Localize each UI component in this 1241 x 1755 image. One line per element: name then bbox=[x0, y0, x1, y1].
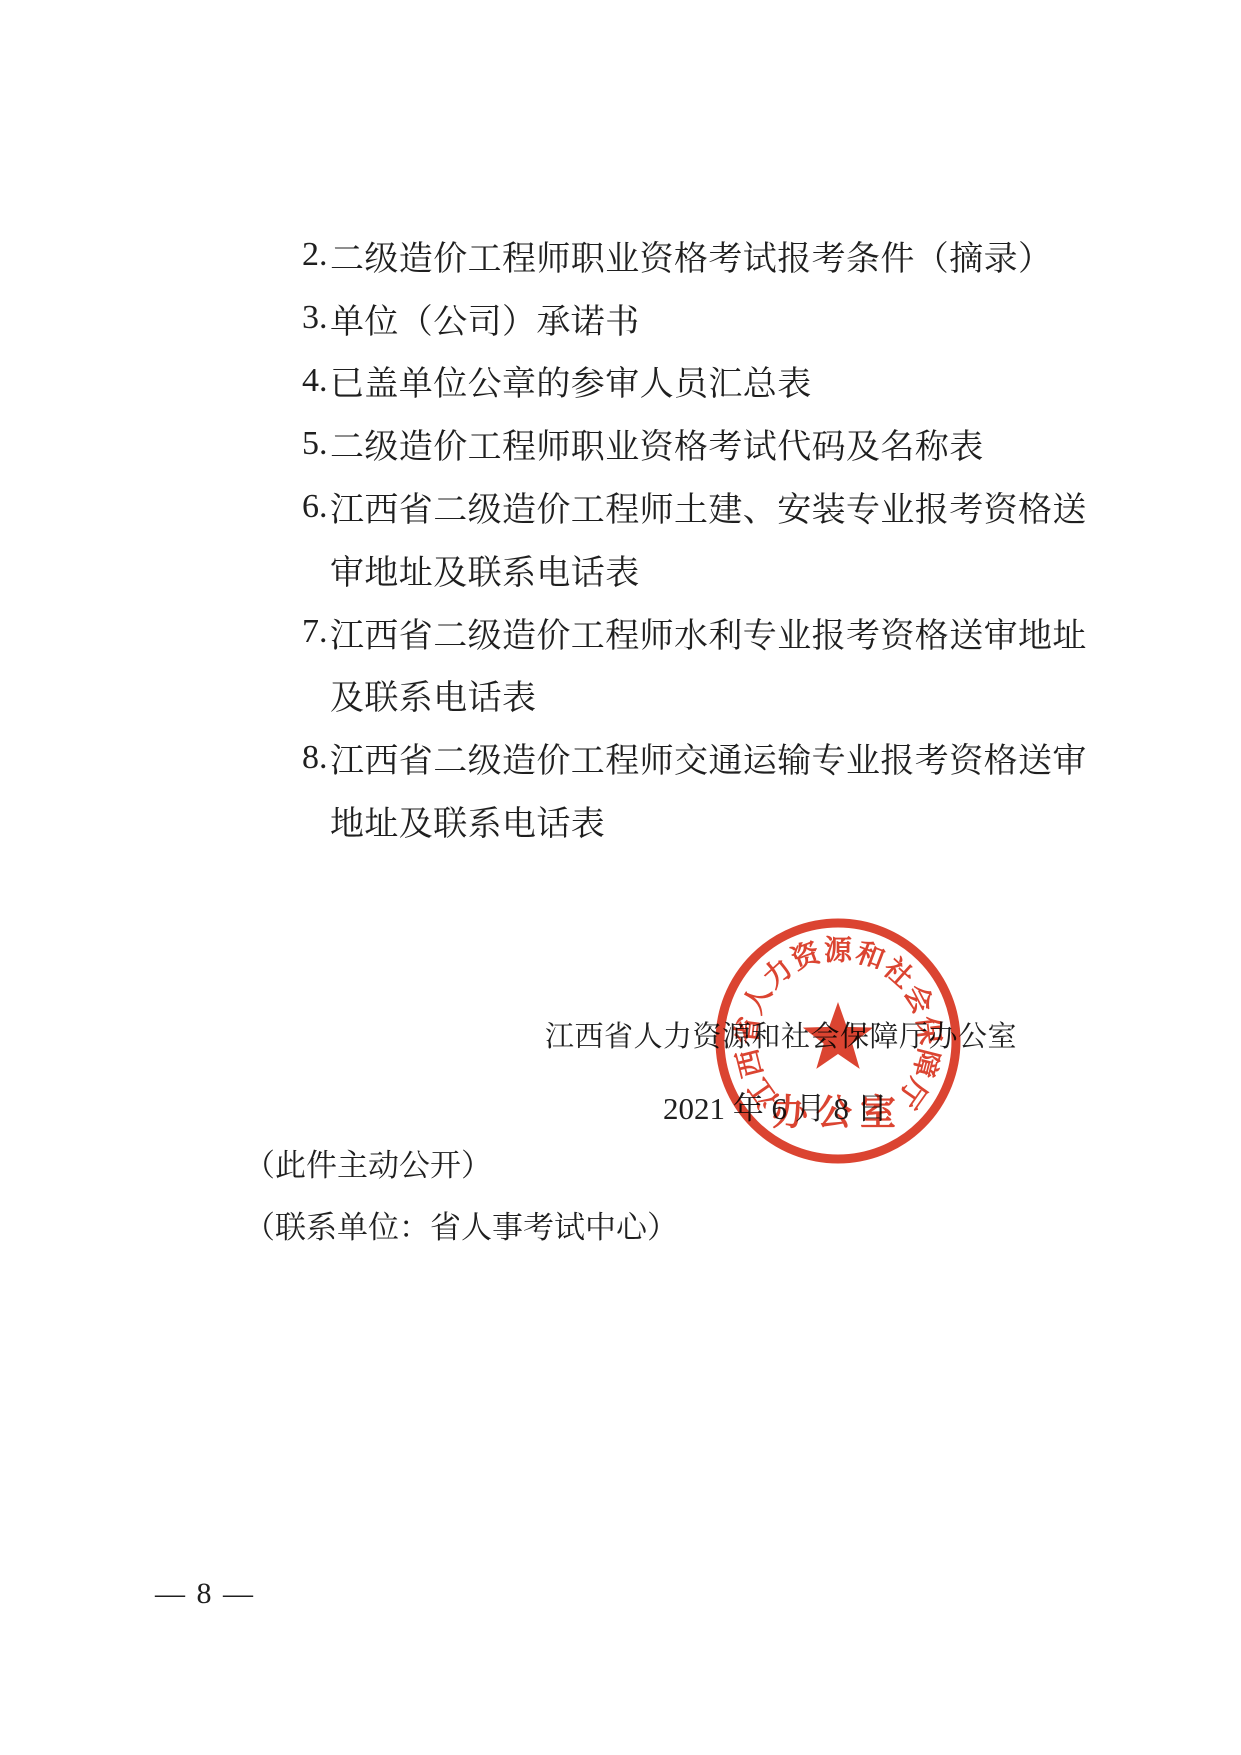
seal-ring-char: 和 bbox=[852, 936, 889, 975]
attachment-list: 2.二级造价工程师职业资格考试报考条件（摘录） 3.单位（公司）承诺书 4.已盖… bbox=[302, 224, 1112, 852]
attachment-item: 7.江西省二级造价工程师水利专业报考资格送审地址 bbox=[302, 601, 1112, 664]
attachment-text: 江西省二级造价工程师交通运输专业报考资格送审 bbox=[330, 733, 1087, 782]
seal-ring-char: 会 bbox=[898, 979, 938, 1018]
seal-ring-char: 源 bbox=[824, 935, 853, 966]
contact-unit-note: （联系单位：省人事考试中心） bbox=[244, 1202, 678, 1247]
attachment-text: 地址及联系电话表 bbox=[330, 796, 605, 845]
attachment-text: 江西省二级造价工程师土建、安装专业报考资格送 bbox=[330, 482, 1087, 531]
attachment-item-continuation: 地址及联系电话表 bbox=[302, 789, 1112, 852]
attachment-text: 审地址及联系电话表 bbox=[330, 545, 640, 594]
attachment-number: 6. bbox=[302, 488, 330, 526]
attachment-text: 二级造价工程师职业资格考试代码及名称表 bbox=[330, 419, 984, 468]
seal-ring-char: 厅 bbox=[892, 1073, 933, 1114]
attachment-number: 8. bbox=[302, 739, 330, 777]
attachment-text: 已盖单位公章的参审人员汇总表 bbox=[330, 356, 812, 405]
disclosure-note: （此件主动公开） bbox=[244, 1140, 492, 1185]
attachment-item: 4.已盖单位公章的参审人员汇总表 bbox=[302, 350, 1112, 413]
attachment-item: 5.二级造价工程师职业资格考试代码及名称表 bbox=[302, 412, 1112, 475]
attachment-item: 3.单位（公司）承诺书 bbox=[302, 287, 1112, 350]
attachment-text: 二级造价工程师职业资格考试报考条件（摘录） bbox=[330, 231, 1052, 280]
attachment-number: 5. bbox=[302, 425, 330, 463]
attachment-item: 6.江西省二级造价工程师土建、安装专业报考资格送 bbox=[302, 475, 1112, 538]
seal-ring-char: 资 bbox=[787, 935, 825, 975]
seal-ring-char: 社 bbox=[877, 951, 919, 993]
seal-ring-char: 力 bbox=[757, 952, 799, 994]
seal-ring-char: 人 bbox=[737, 979, 777, 1018]
attachment-text: 江西省二级造价工程师水利专业报考资格送审地址 bbox=[330, 608, 1087, 657]
attachment-number: 7. bbox=[302, 613, 330, 651]
attachment-number: 4. bbox=[302, 362, 330, 400]
document-page: 2.二级造价工程师职业资格考试报考条件（摘录） 3.单位（公司）承诺书 4.已盖… bbox=[0, 0, 1241, 1755]
attachment-item-continuation: 审地址及联系电话表 bbox=[302, 538, 1112, 601]
attachment-number: 3. bbox=[302, 299, 330, 337]
attachment-text: 及联系电话表 bbox=[330, 670, 536, 719]
attachment-number: 2. bbox=[302, 236, 330, 274]
attachment-item: 8.江西省二级造价工程师交通运输专业报考资格送审 bbox=[302, 726, 1112, 789]
signature-date: 2021 年 6 月 8 日 bbox=[663, 1083, 888, 1128]
attachment-item: 2.二级造价工程师职业资格考试报考条件（摘录） bbox=[302, 224, 1112, 287]
page-number: — 8 — bbox=[155, 1577, 255, 1611]
signature-organization: 江西省人力资源和社会保障厅办公室 bbox=[545, 1014, 1017, 1055]
attachment-text: 单位（公司）承诺书 bbox=[330, 294, 640, 343]
attachment-item-continuation: 及联系电话表 bbox=[302, 664, 1112, 727]
